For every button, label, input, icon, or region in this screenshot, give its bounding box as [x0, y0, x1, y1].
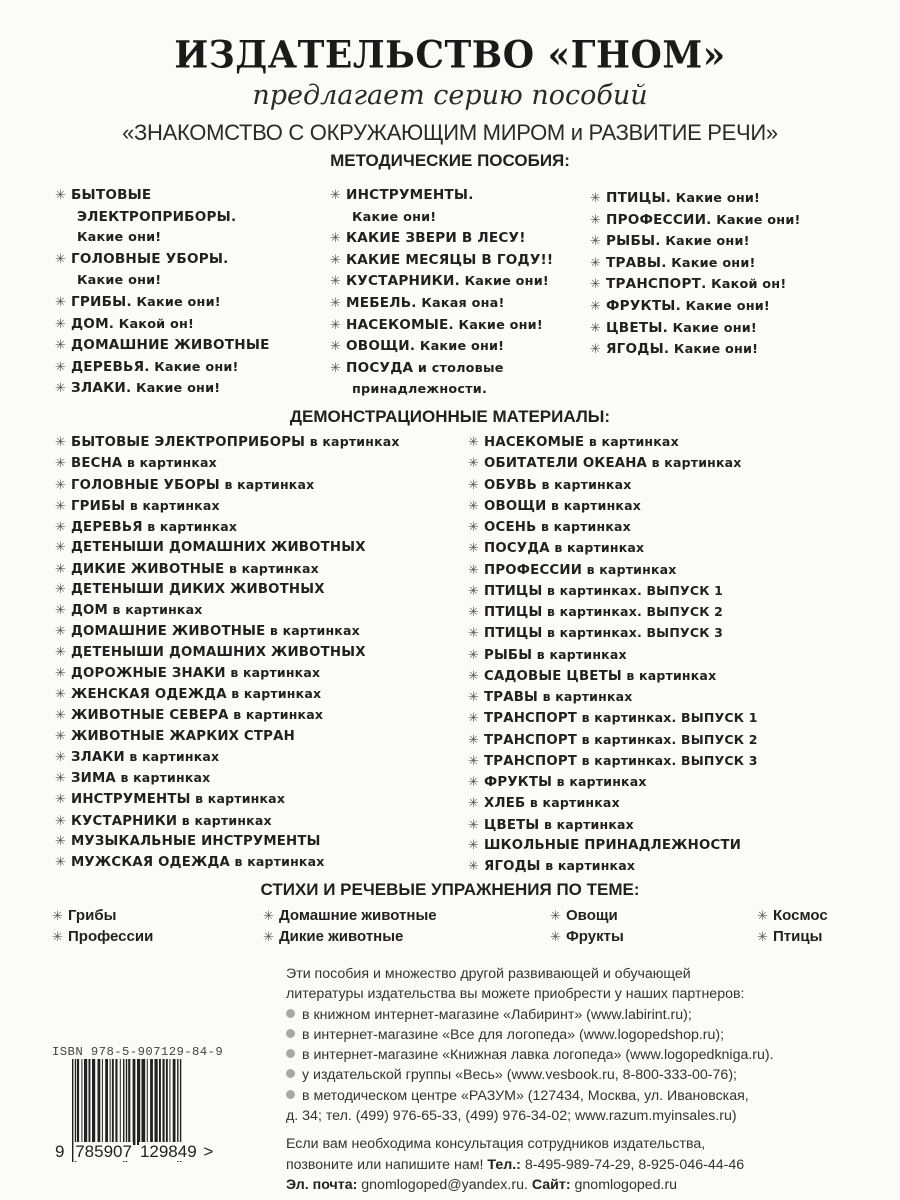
item-title: ОВОЩИ. [346, 338, 415, 354]
asterisk-icon: ✳ [757, 905, 768, 926]
item-title: ЯГОДЫ. [606, 341, 669, 357]
asterisk-icon: ✳ [550, 926, 561, 947]
asterisk-icon: ✳ [55, 727, 66, 747]
list-item: ✳ДЕРЕВЬЯ в картинках [55, 517, 400, 538]
list-item: ✳Космос [757, 905, 828, 926]
item-suffix: в картинках [125, 498, 220, 513]
item-title: ТРАНСПОРТ [484, 754, 577, 769]
bullet-dot-icon [286, 1029, 295, 1038]
list-item: ✳ПОСУДА и столовые [330, 358, 553, 380]
asterisk-icon: ✳ [330, 316, 341, 337]
item-title: ГРИБЫ [71, 499, 125, 514]
item-suffix: в картинках [108, 602, 203, 617]
item-title: ПТИЦЫ [484, 626, 542, 641]
site-label: Сайт: [532, 1177, 571, 1193]
demo-column-2: ✳НАСЕКОМЫЕ в картинках✳ОБИТАТЕЛИ ОКЕАНА … [468, 432, 758, 877]
list-item: ✳ПТИЦЫ в картинках. ВЫПУСК 3 [468, 623, 758, 644]
asterisk-icon: ✳ [468, 773, 479, 793]
item-title: Дикие животные [279, 928, 403, 945]
item-suffix: в картинках [541, 858, 636, 873]
partner-item-text: в книжном интернет-магазине «Лабиринт» (… [302, 1007, 692, 1023]
item-suffix: в картинках [584, 434, 679, 449]
methodical-column-2: ✳ИНСТРУМЕНТЫ.Какие они!✳КАКИЕ ЗВЕРИ В ЛЕ… [330, 185, 553, 401]
item-title: ИНСТРУМЕНТЫ [71, 792, 191, 807]
asterisk-icon: ✳ [55, 379, 66, 400]
item-suffix: Какие они! [669, 342, 758, 357]
list-item: ✳ЦВЕТЫ в картинках [468, 815, 758, 836]
demo-heading: ДЕМОНСТРАЦИОННЫЕ МАТЕРИАЛЫ: [0, 407, 900, 427]
list-item: ✳Профессии [52, 926, 153, 947]
item-title: ОБИТАТЕЛИ ОКЕАНА [484, 456, 647, 471]
item-title: ШКОЛЬНЫЕ ПРИНАДЛЕЖНОСТИ [484, 838, 741, 853]
item-suffix: в картинках [532, 647, 627, 662]
list-item: ✳ФРУКТЫ в картинках [468, 772, 758, 793]
list-item: ✳ДОМАШНИЕ ЖИВОТНЫЕ [55, 335, 270, 357]
item-title: ТРАНСПОРТ. [606, 276, 706, 292]
asterisk-icon: ✳ [468, 836, 479, 856]
list-item: ✳ЗЛАКИ. Какие они! [55, 378, 270, 400]
item-suffix: Какая она! [417, 296, 505, 311]
item-title: Космос [773, 907, 828, 924]
methodical-column-1: ✳БЫТОВЫЕЭЛЕКТРОПРИБОРЫ.Какие они!✳ГОЛОВН… [55, 185, 270, 400]
list-item: ✳НАСЕКОМЫЕ в картинках [468, 432, 758, 453]
item-title: ДОМ [71, 603, 108, 618]
asterisk-icon: ✳ [55, 497, 66, 517]
item-title: ДЕТЕНЫШИ ДОМАШНИХ ЖИВОТНЫХ [71, 540, 366, 555]
demo-column-1: ✳БЫТОВЫЕ ЭЛЕКТРОПРИБОРЫ в картинках✳ВЕСН… [55, 432, 400, 873]
list-item: ✳ЖЕНСКАЯ ОДЕЖДА в картинках [55, 684, 400, 705]
item-title: ДЕТЕНЫШИ ДОМАШНИХ ЖИВОТНЫХ [71, 645, 366, 660]
bullet-dot-icon [286, 1090, 295, 1099]
item-suffix: в картинках [265, 623, 360, 638]
item-title: ЖИВОТНЫЕ ЖАРКИХ СТРАН [71, 729, 295, 744]
item-title: ГОЛОВНЫЕ УБОРЫ. [71, 251, 229, 267]
list-item: ✳МУЗЫКАЛЬНЫЕ ИНСТРУМЕНТЫ [55, 832, 400, 852]
contact-line-3: Эл. почта: gnomlogoped@yandex.ru. Сайт: … [286, 1175, 846, 1195]
asterisk-icon: ✳ [468, 497, 479, 517]
asterisk-icon: ✳ [330, 359, 341, 380]
list-item: ✳КАКИЕ МЕСЯЦЫ В ГОДУ!! [330, 250, 553, 272]
asterisk-icon: ✳ [550, 905, 561, 926]
asterisk-icon: ✳ [468, 561, 479, 581]
asterisk-icon: ✳ [55, 664, 66, 684]
item-title: МУЗЫКАЛЬНЫЕ ИНСТРУМЕНТЫ [71, 834, 321, 849]
asterisk-icon: ✳ [52, 905, 63, 926]
item-title: ЗЛАКИ [71, 750, 125, 765]
partner-item: в интернет-магазине «Все для логопеда» (… [286, 1025, 846, 1045]
item-title: ОСЕНЬ [484, 520, 536, 535]
item-suffix: и столовые [413, 361, 503, 376]
item-title: ОВОЩИ [484, 499, 547, 514]
poems-heading: СТИХИ И РЕЧЕВЫЕ УПРАЖНЕНИЯ ПО ТЕМЕ: [0, 880, 900, 900]
asterisk-icon: ✳ [468, 518, 479, 538]
list-item: ЭЛЕКТРОПРИБОРЫ. [55, 207, 270, 228]
item-suffix: в картинках [305, 434, 400, 449]
item-suffix: Какие они! [671, 191, 760, 206]
email-value: gnomlogoped@yandex.ru. [357, 1177, 532, 1193]
item-suffix: Какие они! [77, 273, 161, 288]
contact-text: позвоните или напишите нам! [286, 1157, 487, 1173]
item-suffix: Какие они! [681, 299, 770, 314]
list-item: ✳ГОЛОВНЫЕ УБОРЫ. [55, 249, 270, 271]
list-item: ✳ДОМАШНИЕ ЖИВОТНЫЕ в картинках [55, 621, 400, 642]
asterisk-icon: ✳ [468, 624, 479, 644]
page-subtitle: предлагает серию пособий [0, 80, 900, 111]
asterisk-icon: ✳ [55, 832, 66, 852]
list-item: принадлежности. [330, 379, 553, 401]
list-item: ✳МЕБЕЛЬ. Какая она! [330, 293, 553, 315]
item-title: Профессии [68, 928, 153, 945]
item-title: НАСЕКОМЫЕ [484, 435, 584, 450]
asterisk-icon: ✳ [55, 433, 66, 453]
asterisk-icon: ✳ [330, 337, 341, 358]
item-title: КУСТАРНИКИ [71, 814, 177, 829]
item-suffix: в картинках [229, 707, 324, 722]
item-suffix: в картинках [552, 774, 647, 789]
asterisk-icon: ✳ [55, 518, 66, 538]
list-item: ✳Птицы [757, 926, 828, 947]
item-title: ЯГОДЫ [484, 859, 541, 874]
asterisk-icon: ✳ [468, 433, 479, 453]
item-suffix: в картинках [536, 519, 631, 534]
partner-item: у издательской группы «Весь» (www.vesboo… [286, 1065, 846, 1085]
contact-line-1: Если вам необходима консультация сотрудн… [286, 1134, 846, 1154]
barcode-digits-right: 129849 [139, 1142, 198, 1161]
list-item: ✳Овощи [550, 905, 624, 926]
phone-value: 8-495-989-74-29, 8-925-046-44-46 [521, 1157, 744, 1173]
item-title: ТРАВЫ. [606, 255, 667, 271]
item-title: САДОВЫЕ ЦВЕТЫ [484, 669, 622, 684]
asterisk-icon: ✳ [468, 539, 479, 559]
item-suffix: в картинках [220, 477, 315, 492]
asterisk-icon: ✳ [263, 926, 274, 947]
phone-label: Тел.: [487, 1157, 521, 1173]
item-suffix: принадлежности. [352, 382, 487, 397]
list-item: ✳ПТИЦЫ в картинках. ВЫПУСК 2 [468, 602, 758, 623]
item-suffix: в картинках [525, 795, 620, 810]
list-item: Какие они! [55, 270, 270, 292]
list-item: ✳ПОСУДА в картинках [468, 538, 758, 559]
list-item: ✳ЯГОДЫ. Какие они! [590, 339, 801, 361]
item-suffix: в картинках [143, 519, 238, 534]
item-suffix: в картинках [177, 813, 272, 828]
list-item: ✳БЫТОВЫЕ [55, 185, 270, 207]
list-item: ✳ТРАНСПОРТ в картинках. ВЫПУСК 2 [468, 730, 758, 751]
list-item: ✳НАСЕКОМЫЕ. Какие они! [330, 315, 553, 337]
asterisk-icon: ✳ [468, 816, 479, 836]
list-item: ✳ОБИТАТЕЛИ ОКЕАНА в картинках [468, 453, 758, 474]
poems-column-1: ✳Грибы✳Профессии [52, 905, 153, 947]
list-item: ✳КУСТАРНИКИ. Какие они! [330, 271, 553, 293]
asterisk-icon: ✳ [55, 315, 66, 336]
list-item: ✳ТРАНСПОРТ в картинках. ВЫПУСК 1 [468, 708, 758, 729]
item-title: МУЖСКАЯ ОДЕЖДА [71, 855, 230, 870]
item-suffix: Какие они! [150, 360, 239, 375]
item-suffix: в картинках [230, 854, 325, 869]
item-suffix: Какие они! [454, 318, 543, 333]
list-item: ✳ОВОЩИ. Какие они! [330, 336, 553, 358]
item-suffix: Какие они! [131, 381, 220, 396]
item-title: ИНСТРУМЕНТЫ. [346, 187, 474, 203]
item-suffix: Какие они! [460, 274, 549, 289]
partner-item-continuation: д. 34; тел. (499) 976-65-33, (499) 976-3… [286, 1106, 846, 1126]
list-item: ✳ЖИВОТНЫЕ ЖАРКИХ СТРАН [55, 727, 400, 747]
asterisk-icon: ✳ [468, 731, 479, 751]
item-suffix: в картинках [547, 498, 642, 513]
item-title: Овощи [566, 907, 618, 924]
item-title: МЕБЕЛЬ. [346, 295, 417, 311]
item-suffix: в картинках [538, 689, 633, 704]
item-title: Фрукты [566, 928, 624, 945]
list-item: ✳ПРОФЕССИИ. Какие они! [590, 210, 801, 232]
item-suffix: в картинках [539, 817, 634, 832]
asterisk-icon: ✳ [330, 294, 341, 315]
item-title: ДЕРЕВЬЯ. [71, 359, 150, 375]
item-title: НАСЕКОМЫЕ. [346, 317, 454, 333]
item-title: ДОМАШНИЕ ЖИВОТНЫЕ [71, 624, 265, 639]
list-item: ✳ГОЛОВНЫЕ УБОРЫ в картинках [55, 475, 400, 496]
item-title: ОБУВЬ [484, 478, 537, 493]
item-suffix: в картинках [226, 665, 321, 680]
list-item: ✳ДЕТЕНЫШИ ДОМАШНИХ ЖИВОТНЫХ [55, 538, 400, 558]
list-item: ✳КУСТАРНИКИ в картинках [55, 811, 400, 832]
site-value: gnomlogoped.ru [571, 1177, 677, 1193]
list-item: ✳САДОВЫЕ ЦВЕТЫ в картинках [468, 666, 758, 687]
asterisk-icon: ✳ [55, 643, 66, 663]
item-title: ВЕСНА [71, 456, 122, 471]
list-item: ✳ПТИЦЫ в картинках. ВЫПУСК 1 [468, 581, 758, 602]
asterisk-icon: ✳ [55, 853, 66, 873]
barcode-digits: 9 785907129849 > [54, 1142, 214, 1162]
item-title: Грибы [68, 907, 116, 924]
asterisk-icon: ✳ [757, 926, 768, 947]
partner-item: в методическом центре «РАЗУМ» (127434, М… [286, 1086, 846, 1106]
item-title: ТРАНСПОРТ [484, 733, 577, 748]
bullet-dot-icon [286, 1069, 295, 1078]
partner-item-text: у издательской группы «Весь» (www.vesboo… [302, 1067, 737, 1083]
asterisk-icon: ✳ [55, 685, 66, 705]
list-item: ✳ТРАНСПОРТ. Какой он! [590, 274, 801, 296]
list-item: ✳ДЕТЕНЫШИ ДОМАШНИХ ЖИВОТНЫХ [55, 643, 400, 663]
bullet-dot-icon [286, 1009, 295, 1018]
list-item: ✳ДОМ. Какой он! [55, 314, 270, 336]
item-title: КАКИЕ МЕСЯЦЫ В ГОДУ!! [346, 252, 553, 268]
list-item: ✳ШКОЛЬНЫЕ ПРИНАДЛЕЖНОСТИ [468, 836, 758, 856]
list-item: ✳ЖИВОТНЫЕ СЕВЕРА в картинках [55, 705, 400, 726]
asterisk-icon: ✳ [590, 189, 601, 210]
contact-line-2: позвоните или напишите нам! Тел.: 8-495-… [286, 1155, 846, 1175]
asterisk-icon: ✳ [330, 272, 341, 293]
list-item: ✳ЗИМА в картинках [55, 768, 400, 789]
asterisk-icon: ✳ [468, 857, 479, 877]
list-item: ✳Грибы [52, 905, 153, 926]
item-title: ЗЛАКИ. [71, 380, 131, 396]
item-suffix: в картинках. ВЫПУСК 2 [542, 604, 723, 619]
methodical-column-3: ✳ПТИЦЫ. Какие они!✳ПРОФЕССИИ. Какие они!… [590, 188, 801, 361]
item-suffix: Какие они! [667, 256, 756, 271]
list-item: ✳ЦВЕТЫ. Какие они! [590, 318, 801, 340]
asterisk-icon: ✳ [52, 926, 63, 947]
item-suffix: Какие они! [132, 295, 221, 310]
item-title: РЫБЫ. [606, 233, 661, 249]
partner-item: в интернет-магазине «Книжная лавка логоп… [286, 1045, 846, 1065]
item-title: ДОМАШНИЕ ЖИВОТНЫЕ [71, 337, 270, 353]
asterisk-icon: ✳ [468, 794, 479, 814]
item-suffix: в картинках. ВЫПУСК 1 [542, 583, 723, 598]
item-suffix: Какие они! [668, 321, 757, 336]
list-item: ✳ТРАВЫ в картинках [468, 687, 758, 708]
item-title: БЫТОВЫЕ [71, 187, 151, 203]
asterisk-icon: ✳ [55, 476, 66, 496]
list-item: ✳ГРИБЫ в картинках [55, 496, 400, 517]
asterisk-icon: ✳ [55, 560, 66, 580]
item-title: ТРАНСПОРТ [484, 711, 577, 726]
item-suffix: в картинках [191, 791, 286, 806]
list-item: ✳ГРИБЫ. Какие они! [55, 292, 270, 314]
asterisk-icon: ✳ [468, 709, 479, 729]
list-item: ✳ПТИЦЫ. Какие они! [590, 188, 801, 210]
partner-item-text: в интернет-магазине «Все для логопеда» (… [302, 1027, 724, 1043]
methodical-heading: МЕТОДИЧЕСКИЕ ПОСОБИЯ: [0, 151, 900, 171]
list-item: ✳ВЕСНА в картинках [55, 453, 400, 474]
list-item: ✳ОВОЩИ в картинках [468, 496, 758, 517]
partners-intro-2: литературы издательства вы можете приобр… [286, 984, 846, 1004]
item-title: ДЕТЕНЫШИ ДИКИХ ЖИВОТНЫХ [71, 582, 325, 597]
item-suffix: в картинках [647, 455, 742, 470]
asterisk-icon: ✳ [55, 748, 66, 768]
asterisk-icon: ✳ [330, 251, 341, 272]
asterisk-icon: ✳ [468, 688, 479, 708]
list-item: ✳ТРАВЫ. Какие они! [590, 253, 801, 275]
asterisk-icon: ✳ [55, 336, 66, 357]
series-title: «ЗНАКОМСТВО С ОКРУЖАЮЩИМ МИРОМ и РАЗВИТИ… [0, 120, 900, 146]
item-title: ЦВЕТЫ [484, 818, 539, 833]
asterisk-icon: ✳ [330, 186, 341, 207]
list-item: ✳ДОМ в картинках [55, 600, 400, 621]
item-title: ЗИМА [71, 771, 116, 786]
asterisk-icon: ✳ [590, 211, 601, 232]
asterisk-icon: ✳ [590, 340, 601, 361]
item-title: ЖЕНСКАЯ ОДЕЖДА [71, 687, 227, 702]
asterisk-icon: ✳ [590, 254, 601, 275]
asterisk-icon: ✳ [55, 580, 66, 600]
item-suffix: Какие они! [415, 339, 504, 354]
list-item: ✳ТРАНСПОРТ в картинках. ВЫПУСК 3 [468, 751, 758, 772]
asterisk-icon: ✳ [263, 905, 274, 926]
asterisk-icon: ✳ [55, 622, 66, 642]
email-label: Эл. почта: [286, 1177, 357, 1193]
list-item: Какие они! [55, 227, 270, 249]
list-item: ✳Домашние животные [263, 905, 437, 926]
item-title: ПТИЦЫ [484, 584, 542, 599]
item-title: ПРОФЕССИИ. [606, 212, 712, 228]
asterisk-icon: ✳ [468, 752, 479, 772]
item-title: ДИКИЕ ЖИВОТНЫЕ [71, 562, 224, 577]
item-suffix: Какие они! [712, 213, 801, 228]
asterisk-icon: ✳ [55, 706, 66, 726]
item-title: ХЛЕБ [484, 796, 525, 811]
item-title: Домашние животные [279, 907, 437, 924]
list-item: ✳ПРОФЕССИИ в картинках [468, 560, 758, 581]
partners-intro-1: Эти пособия и множество другой развивающ… [286, 964, 846, 984]
item-title: ЖИВОТНЫЕ СЕВЕРА [71, 708, 229, 723]
asterisk-icon: ✳ [468, 667, 479, 687]
asterisk-icon: ✳ [55, 790, 66, 810]
asterisk-icon: ✳ [55, 358, 66, 379]
asterisk-icon: ✳ [590, 232, 601, 253]
item-title: ЦВЕТЫ. [606, 320, 668, 336]
asterisk-icon: ✳ [590, 275, 601, 296]
list-item: Какие они! [330, 207, 553, 229]
item-suffix: в картинках [125, 749, 220, 764]
barcode-arrow: > [202, 1142, 214, 1161]
list-item: ✳ЗЛАКИ в картинках [55, 747, 400, 768]
item-title: ТРАВЫ [484, 690, 538, 705]
item-suffix: в картинках [537, 477, 632, 492]
barcode-digits-left: 785907 [74, 1142, 133, 1161]
list-item: ✳ДОРОЖНЫЕ ЗНАКИ в картинках [55, 663, 400, 684]
list-item: ✳Дикие животные [263, 926, 437, 947]
item-suffix: Какой он! [706, 277, 786, 292]
item-title: ФРУКТЫ. [606, 298, 681, 314]
item-title: ГОЛОВНЫЕ УБОРЫ [71, 478, 220, 493]
asterisk-icon: ✳ [55, 186, 66, 207]
asterisk-icon: ✳ [55, 454, 66, 474]
item-title: ГРИБЫ. [71, 294, 132, 310]
item-title: ДЕРЕВЬЯ [71, 520, 143, 535]
list-item: ✳КАКИЕ ЗВЕРИ В ЛЕСУ! [330, 228, 553, 250]
asterisk-icon: ✳ [468, 454, 479, 474]
asterisk-icon: ✳ [468, 646, 479, 666]
list-item: ✳ФРУКТЫ. Какие они! [590, 296, 801, 318]
asterisk-icon: ✳ [590, 297, 601, 318]
asterisk-icon: ✳ [55, 601, 66, 621]
asterisk-icon: ✳ [55, 293, 66, 314]
partner-item-text: в интернет-магазине «Книжная лавка логоп… [302, 1047, 774, 1063]
page-title: ИЗДАТЕЛЬСТВО «ГНОМ» [0, 33, 900, 77]
list-item: ✳РЫБЫ. Какие они! [590, 231, 801, 253]
item-suffix: Какие они! [77, 230, 161, 245]
item-suffix: Какие они! [661, 234, 750, 249]
item-title: ПТИЦЫ. [606, 190, 671, 206]
item-suffix: в картинках. ВЫПУСК 2 [577, 732, 758, 747]
item-title: ПОСУДА [346, 360, 413, 376]
bullet-dot-icon [286, 1049, 295, 1058]
item-title: Птицы [773, 928, 822, 945]
isbn-label: ISBN 978-5-907129-84-9 [52, 1045, 223, 1059]
poems-column-3: ✳Овощи✳Фрукты [550, 905, 624, 947]
partner-item-text: в методическом центре «РАЗУМ» (127434, М… [302, 1088, 749, 1104]
list-item: ✳ДЕРЕВЬЯ. Какие они! [55, 357, 270, 379]
list-item: ✳РЫБЫ в картинках [468, 645, 758, 666]
asterisk-icon: ✳ [468, 582, 479, 602]
list-item: ✳ДИКИЕ ЖИВОТНЫЕ в картинках [55, 559, 400, 580]
item-title: ЭЛЕКТРОПРИБОРЫ. [77, 209, 236, 225]
list-item: ✳ОБУВЬ в картинках [468, 475, 758, 496]
item-title: БЫТОВЫЕ ЭЛЕКТРОПРИБОРЫ [71, 435, 305, 450]
item-suffix: в картинках. ВЫПУСК 3 [542, 625, 723, 640]
item-suffix: в картинках [116, 770, 211, 785]
list-item: ✳БЫТОВЫЕ ЭЛЕКТРОПРИБОРЫ в картинках [55, 432, 400, 453]
list-item: ✳ЯГОДЫ в картинках [468, 856, 758, 877]
partner-item: в книжном интернет-магазине «Лабиринт» (… [286, 1005, 846, 1025]
list-item: ✳Фрукты [550, 926, 624, 947]
item-suffix: в картинках [227, 686, 322, 701]
list-item: ✳ИНСТРУМЕНТЫ. [330, 185, 553, 207]
list-item: ✳ХЛЕБ в картинках [468, 793, 758, 814]
item-suffix: в картинках [122, 455, 217, 470]
item-suffix: в картинках [622, 668, 717, 683]
